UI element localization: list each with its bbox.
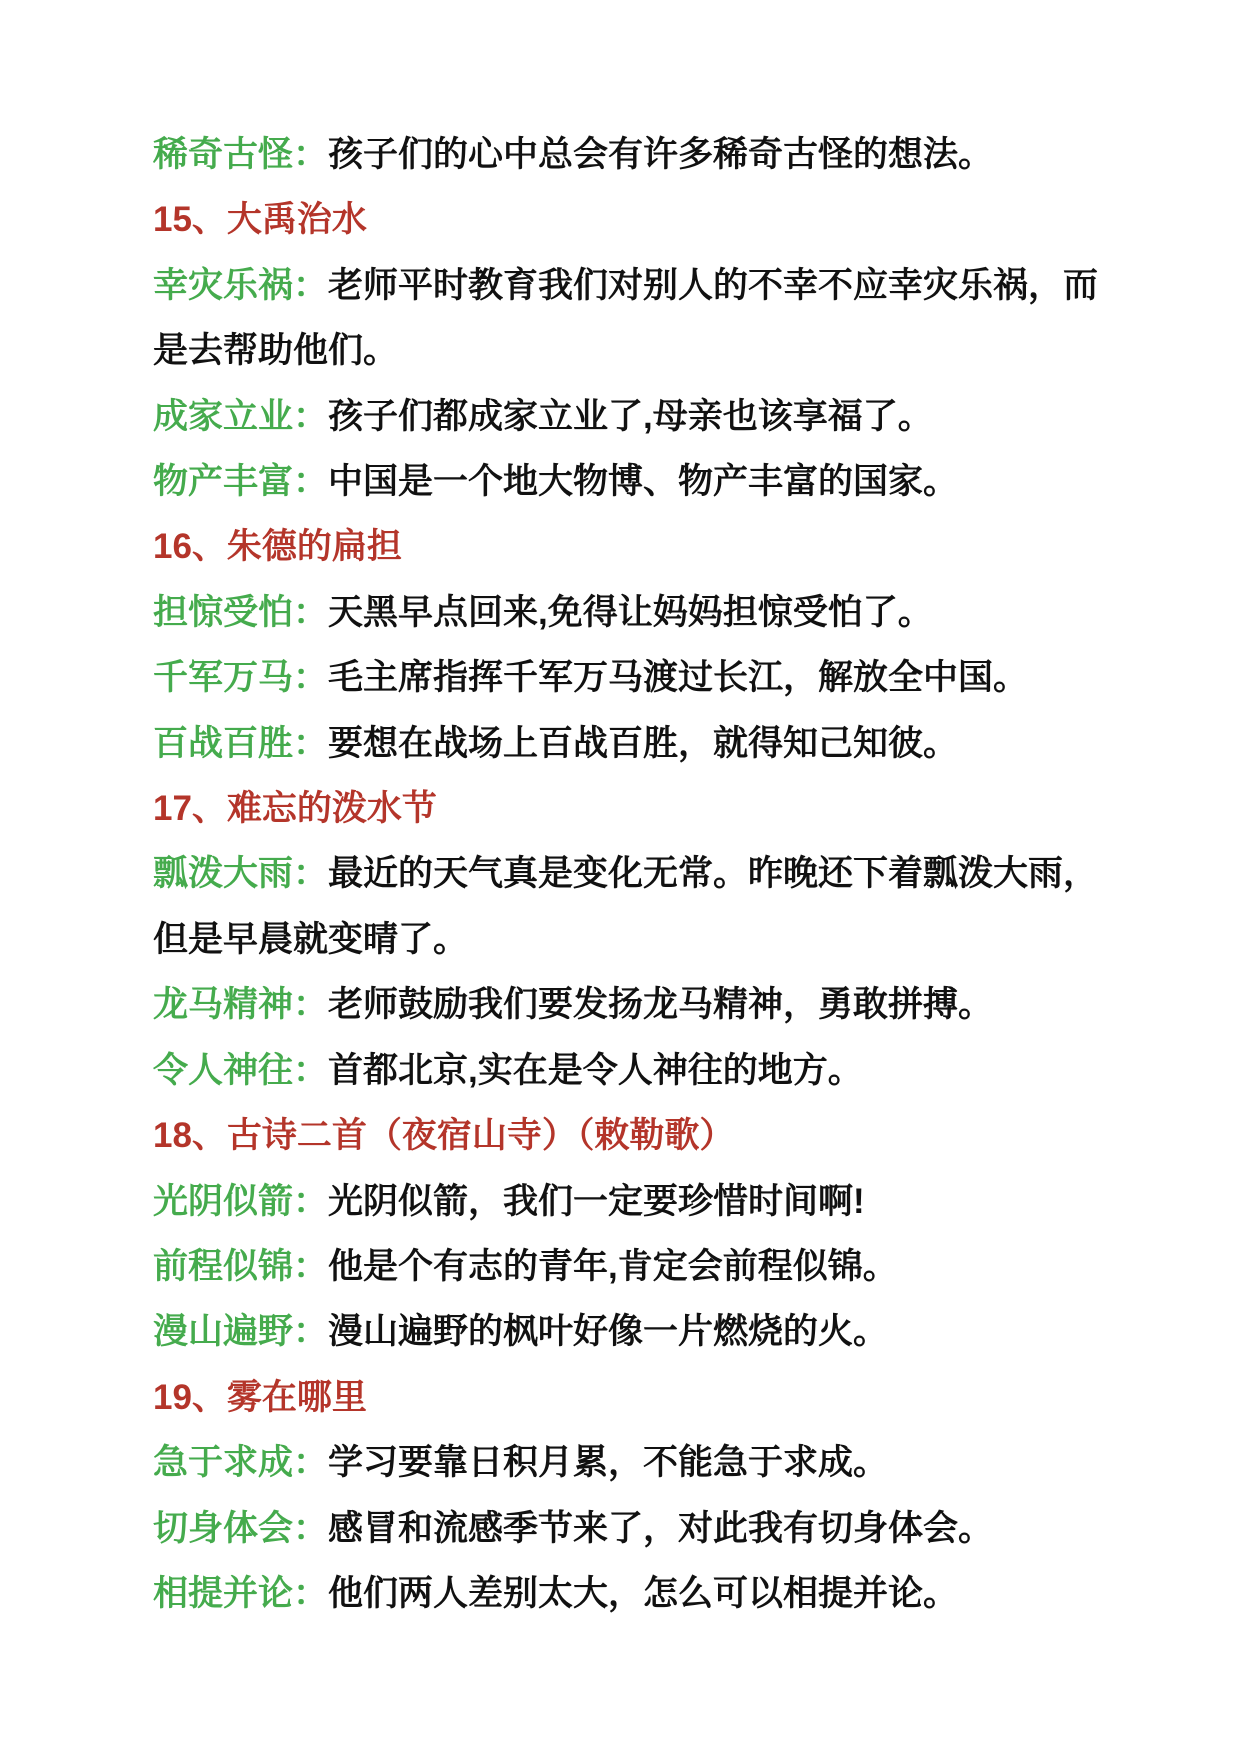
idiom-colon: ： <box>293 1443 328 1482</box>
idiom-entry: 令人神往：首都北京,实在是令人神往的地方。 <box>153 1038 1113 1103</box>
section-header: 18、古诗二首（夜宿山寺）（敕勒歌） <box>153 1103 1113 1168</box>
idiom-sentence: 天黑早点回来,免得让妈妈担惊受怕了。 <box>328 593 933 632</box>
idiom-entry: 急于求成：学习要靠日积月累，不能急于求成。 <box>153 1430 1113 1495</box>
idiom-colon: ： <box>293 1247 328 1286</box>
idiom-word: 瓢泼大雨 <box>153 854 293 893</box>
idiom-colon: ： <box>293 724 328 763</box>
idiom-sentence: 学习要靠日积月累，不能急于求成。 <box>328 1443 888 1482</box>
idiom-term: 担惊受怕： <box>153 593 328 632</box>
idiom-word: 光阴似箭 <box>153 1182 293 1221</box>
idiom-sentence: 首都北京,实在是令人神往的地方。 <box>328 1051 863 1090</box>
idiom-word: 幸灾乐祸 <box>153 266 293 305</box>
idiom-entry: 担惊受怕：天黑早点回来,免得让妈妈担惊受怕了。 <box>153 580 1113 645</box>
idiom-colon: ： <box>293 1182 328 1221</box>
idiom-sentence: 他是个有志的青年,肯定会前程似锦。 <box>328 1247 898 1286</box>
idiom-colon: ： <box>293 985 328 1024</box>
idiom-colon: ： <box>293 1574 328 1613</box>
section-header: 16、朱德的扁担 <box>153 514 1113 579</box>
idiom-term: 物产丰富： <box>153 462 328 501</box>
idiom-word: 龙马精神 <box>153 985 293 1024</box>
idiom-term: 急于求成： <box>153 1443 328 1482</box>
idiom-list: 稀奇古怪：孩子们的心中总会有许多稀奇古怪的想法。15、大禹治水幸灾乐祸：老师平时… <box>153 122 1113 1626</box>
idiom-entry: 幸灾乐祸：老师平时教育我们对别人的不幸不应幸灾乐祸，而是去帮助他们。 <box>153 253 1113 384</box>
idiom-colon: ： <box>293 854 328 893</box>
idiom-term: 令人神往： <box>153 1051 328 1090</box>
idiom-entry: 瓢泼大雨：最近的天气真是变化无常。昨晚还下着瓢泼大雨，但是早晨就变晴了。 <box>153 841 1113 972</box>
idiom-colon: ： <box>293 135 328 174</box>
idiom-term: 成家立业： <box>153 397 328 436</box>
idiom-term: 前程似锦： <box>153 1247 328 1286</box>
idiom-sentence: 光阴似箭，我们一定要珍惜时间啊! <box>328 1182 865 1221</box>
idiom-term: 瓢泼大雨： <box>153 854 328 893</box>
idiom-entry: 切身体会：感冒和流感季节来了，对此我有切身体会。 <box>153 1496 1113 1561</box>
idiom-term: 相提并论： <box>153 1574 328 1613</box>
document-page: 稀奇古怪：孩子们的心中总会有许多稀奇古怪的想法。15、大禹治水幸灾乐祸：老师平时… <box>0 0 1240 1753</box>
idiom-word: 令人神往 <box>153 1051 293 1090</box>
idiom-sentence: 漫山遍野的枫叶好像一片燃烧的火。 <box>328 1312 888 1351</box>
idiom-term: 龙马精神： <box>153 985 328 1024</box>
idiom-word: 百战百胜 <box>153 724 293 763</box>
idiom-word: 漫山遍野 <box>153 1312 293 1351</box>
section-header: 19、雾在哪里 <box>153 1365 1113 1430</box>
idiom-colon: ： <box>293 1509 328 1548</box>
idiom-word: 急于求成 <box>153 1443 293 1482</box>
idiom-word: 千军万马 <box>153 658 293 697</box>
idiom-entry: 相提并论：他们两人差别太大，怎么可以相提并论。 <box>153 1561 1113 1626</box>
section-header: 17、难忘的泼水节 <box>153 776 1113 841</box>
idiom-word: 相提并论 <box>153 1574 293 1613</box>
idiom-sentence: 孩子们都成家立业了,母亲也该享福了。 <box>328 397 933 436</box>
idiom-colon: ： <box>293 397 328 436</box>
idiom-sentence: 老师鼓励我们要发扬龙马精神，勇敢拼搏。 <box>328 985 993 1024</box>
idiom-word: 切身体会 <box>153 1509 293 1548</box>
idiom-term: 稀奇古怪： <box>153 135 328 174</box>
idiom-colon: ： <box>293 658 328 697</box>
idiom-sentence: 中国是一个地大物博、物产丰富的国家。 <box>328 462 958 501</box>
idiom-sentence: 孩子们的心中总会有许多稀奇古怪的想法。 <box>328 135 993 174</box>
idiom-entry: 龙马精神：老师鼓励我们要发扬龙马精神，勇敢拼搏。 <box>153 972 1113 1037</box>
idiom-entry: 前程似锦：他是个有志的青年,肯定会前程似锦。 <box>153 1234 1113 1299</box>
idiom-word: 前程似锦 <box>153 1247 293 1286</box>
idiom-entry: 物产丰富：中国是一个地大物博、物产丰富的国家。 <box>153 449 1113 514</box>
idiom-term: 千军万马： <box>153 658 328 697</box>
idiom-colon: ： <box>293 1051 328 1090</box>
idiom-entry: 成家立业：孩子们都成家立业了,母亲也该享福了。 <box>153 384 1113 449</box>
section-header: 15、大禹治水 <box>153 187 1113 252</box>
idiom-word: 担惊受怕 <box>153 593 293 632</box>
idiom-term: 百战百胜： <box>153 724 328 763</box>
idiom-entry: 百战百胜：要想在战场上百战百胜，就得知己知彼。 <box>153 711 1113 776</box>
idiom-term: 光阴似箭： <box>153 1182 328 1221</box>
idiom-colon: ： <box>293 462 328 501</box>
idiom-colon: ： <box>293 1312 328 1351</box>
idiom-sentence: 要想在战场上百战百胜，就得知己知彼。 <box>328 724 958 763</box>
idiom-term: 幸灾乐祸： <box>153 266 328 305</box>
idiom-word: 物产丰富 <box>153 462 293 501</box>
idiom-entry: 漫山遍野：漫山遍野的枫叶好像一片燃烧的火。 <box>153 1299 1113 1364</box>
idiom-term: 切身体会： <box>153 1509 328 1548</box>
idiom-term: 漫山遍野： <box>153 1312 328 1351</box>
idiom-word: 稀奇古怪 <box>153 135 293 174</box>
idiom-colon: ： <box>293 266 328 305</box>
idiom-colon: ： <box>293 593 328 632</box>
idiom-entry: 光阴似箭：光阴似箭，我们一定要珍惜时间啊! <box>153 1169 1113 1234</box>
idiom-entry: 稀奇古怪：孩子们的心中总会有许多稀奇古怪的想法。 <box>153 122 1113 187</box>
idiom-sentence: 感冒和流感季节来了，对此我有切身体会。 <box>328 1509 993 1548</box>
idiom-entry: 千军万马：毛主席指挥千军万马渡过长江，解放全中国。 <box>153 645 1113 710</box>
idiom-word: 成家立业 <box>153 397 293 436</box>
idiom-sentence: 他们两人差别太大，怎么可以相提并论。 <box>328 1574 958 1613</box>
idiom-sentence: 毛主席指挥千军万马渡过长江，解放全中国。 <box>328 658 1028 697</box>
